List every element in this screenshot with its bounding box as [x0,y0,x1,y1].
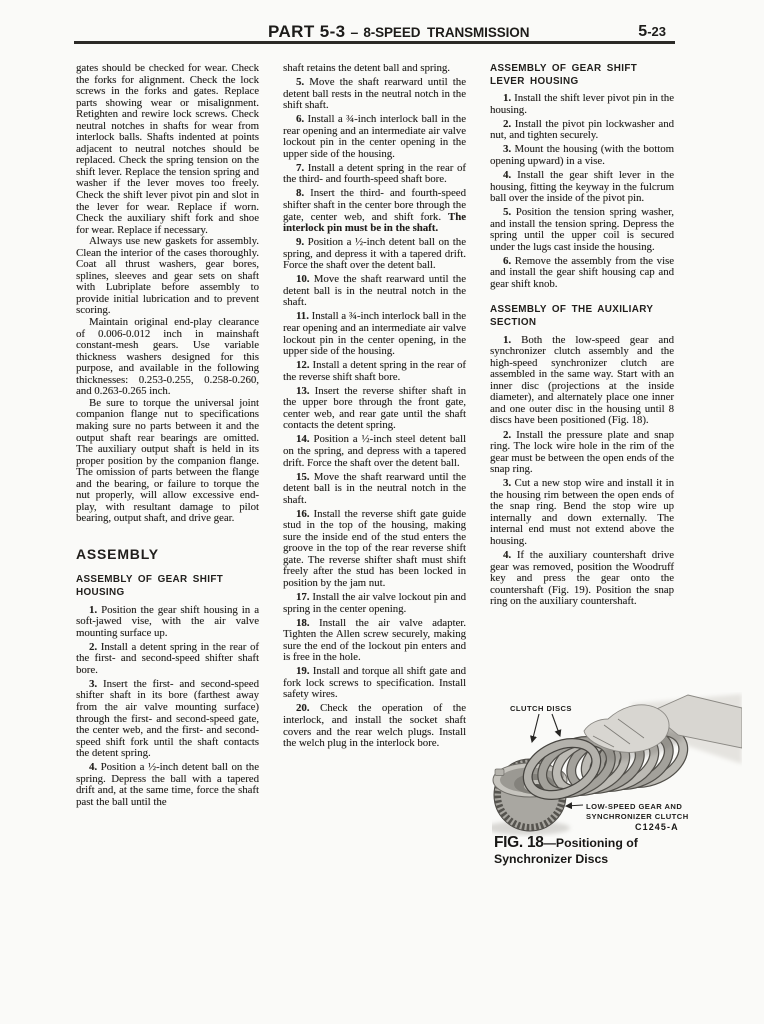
numbered-step: 2. Install the pressure plate and snap r… [490,430,674,476]
photo-code: C1245-A [635,822,679,832]
numbered-step: 11. Install a ¾-inch interlock ball in t… [283,311,466,357]
numbered-step: 2. Install the pivot pin lockwasher and … [490,119,674,142]
numbered-step: 3. Mount the housing (with the bottom op… [490,144,674,167]
numbered-step: 20. Check the operation of the interlock… [283,703,466,749]
numbered-step: 4. If the auxiliary countershaft drive g… [490,550,674,608]
numbered-step: 15. Move the shaft rearward until the de… [283,472,466,507]
title-separator: – [351,24,359,40]
paragraph: Maintain original end-play clearance of … [76,317,259,398]
numbered-step: 3. Cut a new stop wire and install it in… [490,478,674,547]
numbered-step: 16. Install the reverse shift gate guide… [283,509,466,590]
page-number: 5-23 [620,23,666,41]
numbered-step: 7. Install a detent spring in the rear o… [283,163,466,186]
paragraph: Always use new gaskets for assembly. Cle… [76,236,259,317]
section-label: 8-SPEED TRANSMISSION [363,25,529,40]
numbered-step: 10. Move the shaft rearward until the de… [283,274,466,309]
numbered-step: 1. Position the gear shift housing in a … [76,605,259,640]
numbered-step: 5. Move the shaft rearward until the det… [283,77,466,112]
figure-title-line2: Synchronizer Discs [494,852,684,867]
numbered-step: 4. Position a ½-inch detent ball on the … [76,762,259,808]
figure-18-photo: CLUTCH DISCS LOW-SPEED GEAR AND SYNCHRON… [492,692,742,837]
numbered-step: 1. Install the shift lever pivot pin in … [490,93,674,116]
header-rule [74,41,675,44]
paragraph-continued: gates should be checked for wear. Check … [76,63,259,236]
numbered-step: 5. Position the tension spring washer, a… [490,207,674,253]
gear-label-line1: LOW-SPEED GEAR AND [586,802,682,811]
manual-page: PART 5-3 – 8-SPEED TRANSMISSION 5-23 gat… [0,0,764,1024]
numbered-step: 19. Install and torque all shift gate an… [283,666,466,701]
figure-title: —Positioning of [544,836,638,850]
numbered-step: 6. Remove the assembly from the vise and… [490,256,674,291]
page-header-title: PART 5-3 – 8-SPEED TRANSMISSION [268,22,529,42]
gear-label-arrow [566,805,583,806]
numbered-step: 6. Install a ¾-inch interlock ball in th… [283,114,466,160]
gear-label-line2: SYNCHRONIZER CLUTCH [586,812,689,821]
numbered-step: 9. Position a ½-inch detent ball on the … [283,237,466,272]
sub-heading: ASSEMBLY OF GEAR SHIFT HOUSING [76,574,259,599]
numbered-step: 13. Insert the reverse shifter shaft in … [283,386,466,432]
section-heading: ASSEMBLY [76,549,259,561]
clutch-discs-arrow-left [532,714,539,742]
numbered-step: 18. Install the air valve adapter. Tight… [283,618,466,664]
clutch-discs-label: CLUTCH DISCS [510,704,572,713]
sub-heading: ASSEMBLY OF GEAR SHIFT LEVER HOUSING [490,63,674,88]
sub-heading: ASSEMBLY OF THE AUXILIARY SECTION [490,304,674,329]
numbered-step: 4. Install the gear shift lever in the h… [490,170,674,205]
numbered-step: 14. Position a ½-inch steel detent ball … [283,434,466,469]
numbered-step: 3. Insert the first- and second-speed sh… [76,679,259,760]
part-label: PART 5-3 [268,22,346,42]
paragraph: Be sure to torque the universal joint co… [76,398,259,525]
numbered-step: 8. Insert the third- and fourth-speed sh… [283,188,466,234]
figure-number: FIG. 18 [494,834,544,851]
figure-18-caption: FIG. 18—Positioning of Synchronizer Disc… [494,835,684,867]
column-2: shaft retains the detent ball and spring… [283,63,466,750]
column-1: gates should be checked for wear. Check … [76,63,259,808]
numbered-step: 2. Install a detent spring in the rear o… [76,642,259,677]
column-3: ASSEMBLY OF GEAR SHIFT LEVER HOUSING1. I… [490,63,674,608]
paragraph-continued: shaft retains the detent ball and spring… [283,63,466,75]
numbered-step: 17. Install the air valve lockout pin an… [283,592,466,615]
numbered-step: 1. Both the low-speed gear and synchroni… [490,335,674,427]
clutch-discs-arrow-right [552,714,560,736]
numbered-step: 12. Install a detent spring in the rear … [283,360,466,383]
